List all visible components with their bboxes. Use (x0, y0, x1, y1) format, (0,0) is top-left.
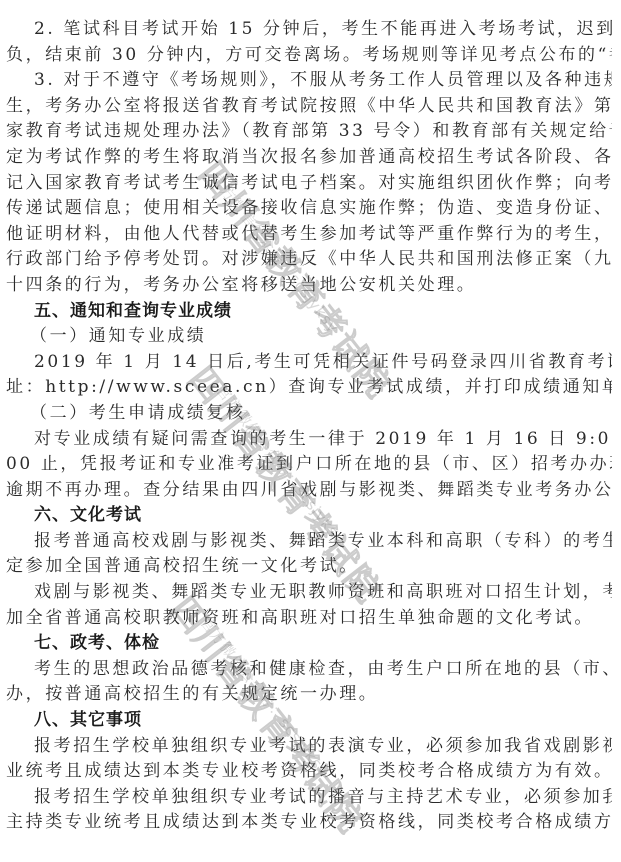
section-heading: 五、通知和查询专业成绩 (0, 299, 621, 325)
text-line: 加全省普通高校职教师资班和高职班对口招生单独命题的文化考试。 (0, 606, 612, 632)
text-line: 戏剧与影视类、舞蹈类专业无职教师资班和高职班对口招生计划，考生不得参 (0, 580, 612, 606)
section-heading: 六、文化考试 (0, 503, 621, 529)
text-line: 定参加全国普通高校招生统一文化考试。 (0, 554, 612, 580)
text-line: 逾期不再办理。查分结果由四川省戏剧与影视类、舞蹈类专业考务办公室通知考生。 (0, 478, 612, 504)
text-line: 业统考且成绩达到本类专业校考资格线，同类校考合格成绩方为有效。 (0, 759, 612, 785)
text-line: 行政部门给予停考处罚。对涉嫌违反《中华人民共和国刑法修正案（九）》第二百八 (0, 247, 612, 273)
text-line: 十四条的行为，考务办公室将移送当地公安机关处理。 (0, 273, 612, 299)
text-line: 办，按普通高校招生的有关规定统一办理。 (0, 682, 612, 708)
text-line: 主持类专业统考且成绩达到本类专业校考资格线，同类校考合格成绩方为有效。 (0, 810, 612, 836)
text-line: 址：http://www.sceea.cn）查询专业考试成绩，并打印成绩通知单 (0, 375, 612, 401)
text-line: 报考招生学校单独组织专业考试的播音与主持艺术专业，必须参加我省播音与 (0, 785, 612, 811)
text-line: 他证明材料，由他人代替或代替考生参加考试等严重作弊行为的考生，将报请教育 (0, 222, 612, 248)
text-line: 考生的思想政治品德考核和健康检查，由考生户口所在地的县（市、区）招考 (0, 657, 612, 683)
text-line: 报考普通高校戏剧与影视类、舞蹈类专业本科和高职（专科）的考生，须按规 (0, 529, 612, 555)
text-line: 家教育考试违规处理办法》（教育部第 33 号令）和教育部有关规定给予处理。对认 (0, 119, 612, 145)
text-line: 生，考务办公室将报送省教育考试院按照《中华人民共和国教育法》第七十九条、《国 (0, 94, 612, 120)
text-line: 对专业成绩有疑问需查询的考生一律于 2019 年 1 月 16 日 9:00 起… (0, 427, 612, 453)
section-heading: 八、其它事项 (0, 708, 621, 734)
text-line: 定为考试作弊的考生将取消当次报名参加普通高校招生考试各阶段、各科成绩，并 (0, 145, 612, 171)
text-line: 记入国家教育考试考生诚信考试电子档案。对实施组织团伙作弊；向考场外发送、 (0, 171, 612, 197)
text-line: 2. 笔试科目考试开始 15 分钟后，考生不能再进入考场考试，迟到误考责任自 (0, 17, 612, 43)
document-page: 2. 笔试科目考试开始 15 分钟后，考生不能再进入考场考试，迟到误考责任自负，… (0, 17, 621, 836)
text-line: （二）考生申请成绩复核 (0, 401, 612, 427)
text-line: 负，结束前 30 分钟内，方可交卷离场。考场规则等详见考点公布的“考生须知”。 (0, 43, 612, 69)
section-heading: 七、政考、体检 (0, 631, 621, 657)
text-line: 传递试题信息；使用相关设备接收信息实施作弊；伪造、变造身份证、准考证及其 (0, 196, 612, 222)
text-line: 报考招生学校单独组织专业考试的表演专业，必须参加我省戏剧影视表演类专 (0, 734, 612, 760)
text-line: （一）通知专业成绩 (0, 324, 612, 350)
text-line: 2019 年 1 月 14 日后,考生可凭相关证件号码登录四川省教育考试院官方网… (0, 350, 612, 376)
text-line: 00 止，凭报考证和专业准考证到户口所在地的县（市、区）招考办办理查分登记， (0, 452, 612, 478)
text-line: 3. 对于不遵守《考场规则》，不服从考务工作人员管理以及各种违规行为的考 (0, 68, 612, 94)
